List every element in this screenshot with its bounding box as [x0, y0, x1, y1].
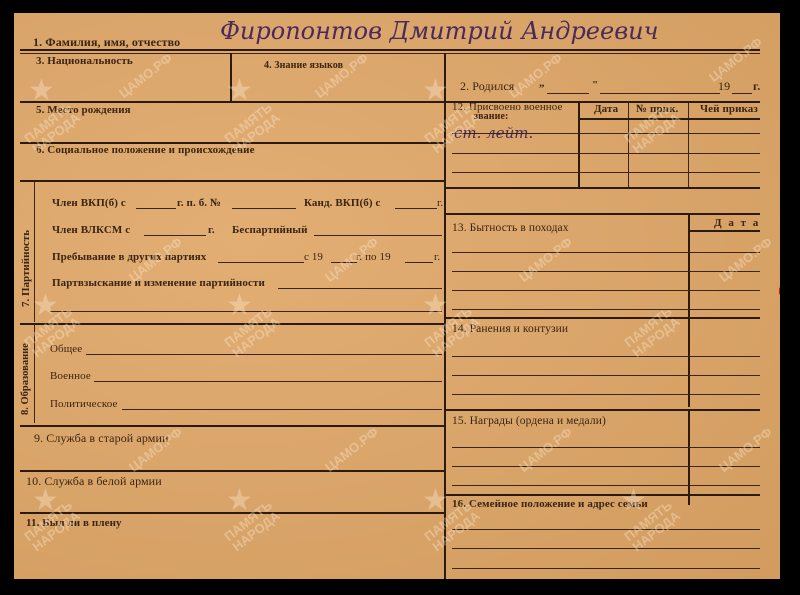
ink-spot: [779, 287, 780, 295]
divider: [628, 103, 629, 187]
divider: [20, 49, 760, 51]
divider: [446, 409, 760, 411]
table-row[interactable]: [452, 252, 760, 253]
watermark-archive: ЦАМО.РФ: [517, 235, 575, 284]
section-8-border: [34, 325, 35, 423]
table-row[interactable]: [452, 485, 760, 486]
family-address-line[interactable]: [452, 529, 760, 530]
watermark-memory: ПАМЯТЬНАРОДА: [222, 498, 282, 553]
divider: [230, 53, 232, 103]
field-14-label: 14. Ранения и контузии: [452, 323, 568, 335]
birth-year-input[interactable]: [732, 93, 752, 94]
field-13-label: 13. Бытность в походах: [452, 222, 569, 234]
table-row[interactable]: [452, 447, 760, 448]
party-penalty-input[interactable]: [278, 288, 442, 289]
divider: [20, 323, 444, 325]
vlksm-member-label: Член ВЛКСМ с: [52, 224, 130, 236]
registration-card: 1. Фамилия, имя, отчество Фиропонтов Дми…: [14, 13, 780, 579]
divider: [688, 103, 689, 187]
field-5-label: 5. Место рождения: [36, 104, 131, 116]
year-suffix: г.: [437, 197, 443, 209]
field-7-label: 7. Партийность: [20, 230, 32, 307]
field-3-label: 3. Национальность: [36, 55, 133, 67]
star-icon: ★: [32, 288, 59, 323]
field-16-label: 16. Семейное положение и адрес семьи: [452, 498, 648, 510]
watermark-archive: ЦАМО.РФ: [323, 425, 381, 474]
vkpb-candidate-input[interactable]: [395, 208, 437, 209]
other-parties-label: Пребывание в других партиях: [52, 251, 206, 263]
field-1-label: 1. Фамилия, имя, отчество: [33, 35, 180, 50]
divider: [20, 512, 444, 514]
birth-year-suffix: г.: [753, 79, 760, 94]
star-icon: ★: [226, 288, 253, 323]
col-header-date: Д а т а: [714, 217, 760, 229]
divider: [580, 118, 760, 120]
divider: [688, 409, 690, 505]
watermark-archive: ЦАМО.РФ: [313, 51, 371, 100]
field-4-label: 4. Знание языков: [264, 60, 343, 71]
column-divider: [444, 53, 446, 579]
section-7-border: [34, 182, 35, 322]
birth-month-quote: ": [592, 79, 598, 91]
divider: [20, 470, 444, 472]
vkpb-candidate-label: Канд. ВКП(б) с: [304, 197, 380, 209]
from-year-input[interactable]: [331, 262, 357, 263]
table-row[interactable]: [452, 271, 760, 272]
divider: [446, 187, 760, 189]
table-row[interactable]: [452, 466, 760, 467]
divider: [578, 103, 580, 187]
col-header-order-no: № прик.: [636, 103, 678, 115]
birth-year-prefix: 19: [718, 79, 730, 94]
vkpb-since-input[interactable]: [136, 208, 176, 209]
field-12-label-2: звание:: [474, 111, 508, 122]
party-card-input[interactable]: [232, 208, 296, 209]
table-row[interactable]: [452, 172, 760, 173]
education-general-input[interactable]: [86, 354, 442, 355]
birth-day-input[interactable]: [547, 93, 589, 94]
divider: [446, 213, 760, 215]
field-8-label: 8. Образование: [20, 343, 31, 415]
watermark-archive: ЦАМО.РФ: [717, 235, 775, 284]
party-penalty-label: Партвзыскание и изменение партийности: [52, 277, 265, 289]
birth-day-quote: „: [539, 77, 545, 89]
year-suffix: г.: [434, 251, 440, 263]
non-party-input[interactable]: [314, 235, 442, 236]
col-header-date: Дата: [594, 103, 618, 115]
vkpb-member-label: Член ВКП(б) с: [52, 197, 126, 209]
field-11-label: 11. Был ли в плену: [26, 517, 122, 529]
divider: [20, 180, 444, 182]
divider: [690, 230, 760, 232]
field-10-label: 10. Служба в белой армии: [26, 474, 162, 489]
non-party-label: Беспартийный: [232, 224, 308, 236]
education-military-label: Военное: [50, 370, 91, 382]
party-card-label: г. п. б. №: [177, 197, 221, 209]
divider: [20, 53, 760, 54]
other-parties-input[interactable]: [218, 262, 304, 263]
education-general-label: Общее: [50, 343, 82, 355]
divider: [446, 317, 760, 319]
education-political-label: Политическое: [50, 398, 117, 410]
to-year-input[interactable]: [405, 262, 433, 263]
table-row[interactable]: [452, 375, 760, 376]
family-address-line[interactable]: [452, 568, 760, 569]
table-row[interactable]: [452, 356, 760, 357]
divider: [20, 425, 444, 427]
table-row[interactable]: [452, 290, 760, 291]
birth-month-input[interactable]: [600, 93, 720, 94]
watermark-archive: ЦАМО.РФ: [707, 35, 765, 84]
watermark-memory: ПАМЯТЬНАРОДА: [622, 304, 682, 359]
education-military-input[interactable]: [94, 381, 442, 382]
party-penalty-input-line-2[interactable]: [50, 311, 442, 312]
watermark-memory: ПАМЯТЬНАРОДА: [222, 304, 282, 359]
field-2-label: 2. Родился: [460, 79, 514, 94]
col-header-whose-order: Чей приказ: [700, 103, 758, 115]
field-6-label: 6. Социальное положение и происхождение: [36, 144, 255, 156]
divider: [446, 494, 760, 496]
table-row[interactable]: [452, 133, 760, 134]
field-9-label: 9. Служба в старой армии: [34, 431, 169, 446]
vlksm-since-input[interactable]: [144, 235, 206, 236]
education-political-input[interactable]: [122, 409, 442, 410]
table-row[interactable]: [452, 153, 760, 154]
to-year-label: г. по 19: [356, 251, 391, 263]
year-suffix: г.: [208, 224, 215, 236]
table-row[interactable]: [452, 394, 760, 395]
field-15-label: 15. Награды (ордена и медали): [452, 415, 606, 427]
field-1-value-name: Фиропонтов Дмитрий Андреевич: [220, 17, 659, 45]
from-year-label: с 19: [304, 251, 323, 263]
family-address-line[interactable]: [452, 548, 760, 549]
table-row[interactable]: [452, 309, 760, 310]
